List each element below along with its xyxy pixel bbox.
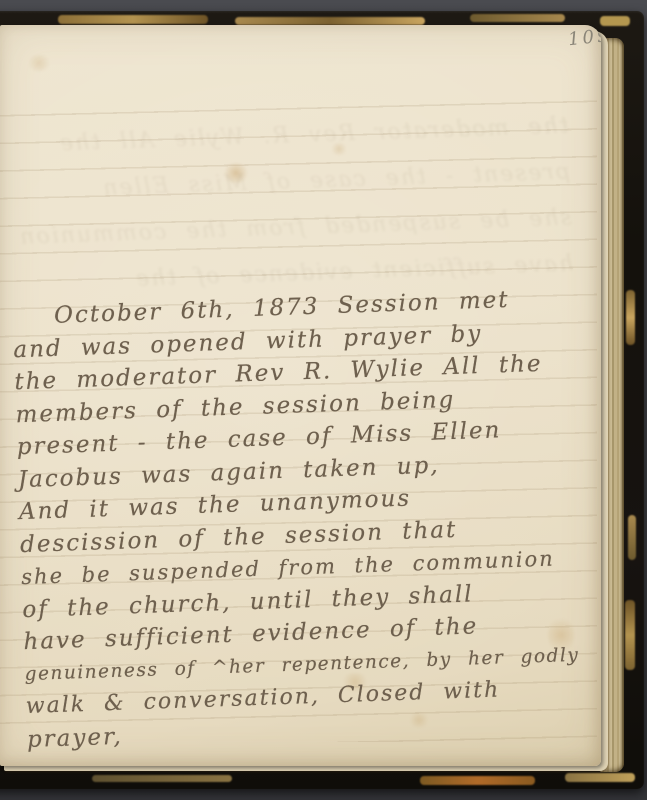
cover-wear-mark (625, 600, 635, 670)
scanned-book-photo: 109 the moderator Rev R. Wylie All the p… (0, 0, 647, 800)
cover-wear-mark (600, 16, 630, 26)
journal-page: 109 the moderator Rev R. Wylie All the p… (0, 25, 601, 766)
cover-wear-mark (628, 515, 636, 560)
handwritten-entry: October 6th, 1873 Session met and was op… (12, 281, 601, 756)
cover-wear-mark (58, 15, 208, 24)
cover-wear-mark (626, 290, 635, 345)
cover-wear-mark (565, 773, 635, 782)
cover-wear-mark (420, 776, 535, 785)
page-number: 109 (567, 25, 601, 50)
cover-wear-mark (235, 17, 425, 25)
cover-wear-mark (470, 14, 565, 22)
paper-stain (26, 55, 52, 71)
verso-bleed-through: the moderator Rev R. Wylie All the prese… (23, 104, 574, 307)
cover-wear-mark (92, 775, 232, 782)
